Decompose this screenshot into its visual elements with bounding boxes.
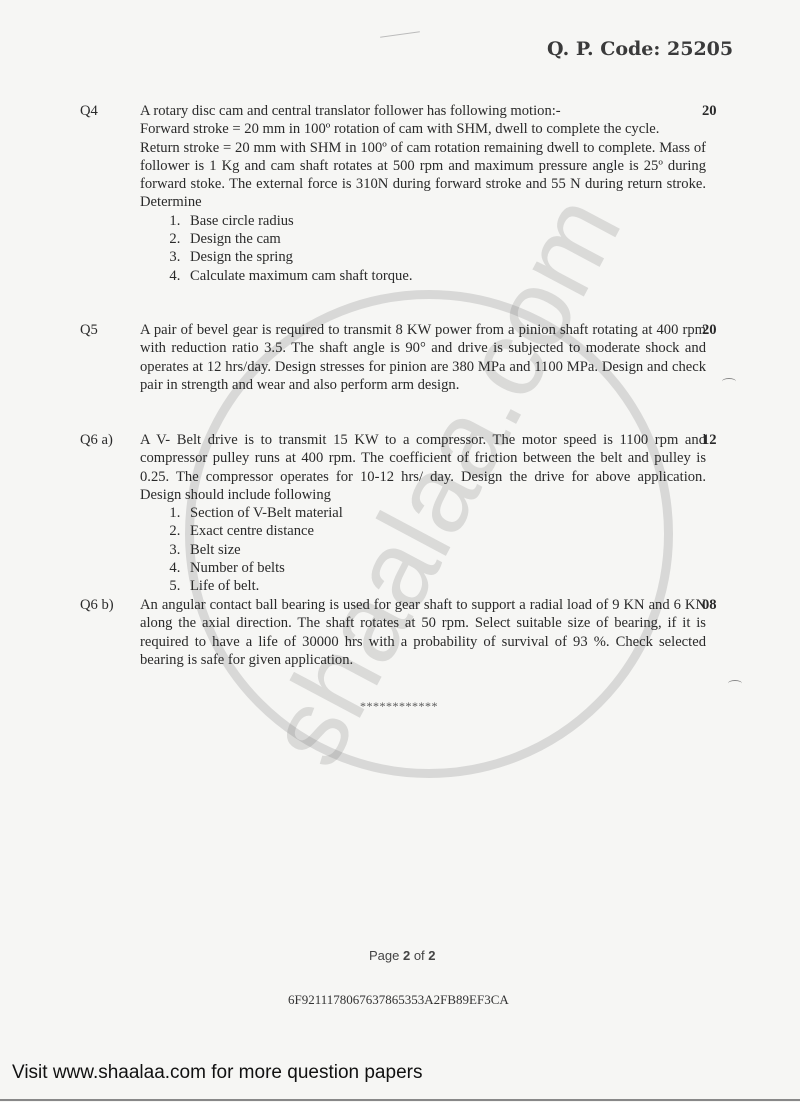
question-number: Q4: [80, 102, 140, 120]
sub-item: Base circle radius: [184, 212, 706, 230]
sub-item: Number of belts: [184, 559, 706, 577]
sub-item: Life of belt.: [184, 577, 706, 595]
promo-banner: Visit www.shaalaa.com for more question …: [12, 1062, 422, 1084]
question-marks: 08: [702, 596, 717, 614]
end-of-paper-marker: ************: [360, 699, 438, 714]
question-marks: 12: [702, 431, 717, 449]
page-number: Page 2 of 2: [369, 948, 436, 963]
sub-item-list: Section of V-Belt material Exact centre …: [140, 504, 706, 595]
scan-mark: [722, 378, 736, 385]
scan-mark: [728, 680, 742, 687]
question-number: Q5: [80, 321, 140, 339]
question-text: A rotary disc cam and central translator…: [140, 102, 706, 120]
question-body: A V- Belt drive is to transmit 15 KW to …: [140, 431, 706, 596]
scan-artifact: [380, 31, 420, 38]
paper-hash-code: 6F9211178067637865353A2FB89EF3CA: [288, 992, 509, 1008]
question-number: Q6 a): [80, 431, 140, 449]
question-body: A pair of bevel gear is required to tran…: [140, 321, 706, 394]
question-text: An angular contact ball bearing is used …: [140, 596, 706, 669]
question-text: Forward stroke = 20 mm in 100º rotation …: [140, 120, 706, 138]
question-text: A V- Belt drive is to transmit 15 KW to …: [140, 431, 706, 504]
page-prefix: Page: [369, 948, 403, 963]
sub-item: Design the spring: [184, 248, 706, 266]
question-marks: 20: [702, 102, 717, 120]
sub-item: Belt size: [184, 541, 706, 559]
question-body: A rotary disc cam and central translator…: [140, 102, 706, 285]
sub-item: Exact centre distance: [184, 522, 706, 540]
page-of: of: [410, 948, 428, 963]
sub-item: Calculate maximum cam shaft torque.: [184, 267, 706, 285]
question-text: Return stroke = 20 mm with SHM in 100º o…: [140, 139, 706, 212]
question-paper-page: shaalaa.com Q. P. Code: 25205 Q4 A rotar…: [0, 0, 800, 1102]
question-text: A pair of bevel gear is required to tran…: [140, 321, 706, 394]
sub-item: Design the cam: [184, 230, 706, 248]
question-marks: 20: [702, 321, 717, 339]
page-total: 2: [428, 948, 435, 963]
qp-code: Q. P. Code: 25205: [547, 38, 733, 60]
sub-item-list: Base circle radius Design the cam Design…: [140, 212, 706, 285]
sub-item: Section of V-Belt material: [184, 504, 706, 522]
bottom-border: [0, 1099, 800, 1101]
question-number: Q6 b): [80, 596, 140, 614]
question-body: An angular contact ball bearing is used …: [140, 596, 706, 669]
